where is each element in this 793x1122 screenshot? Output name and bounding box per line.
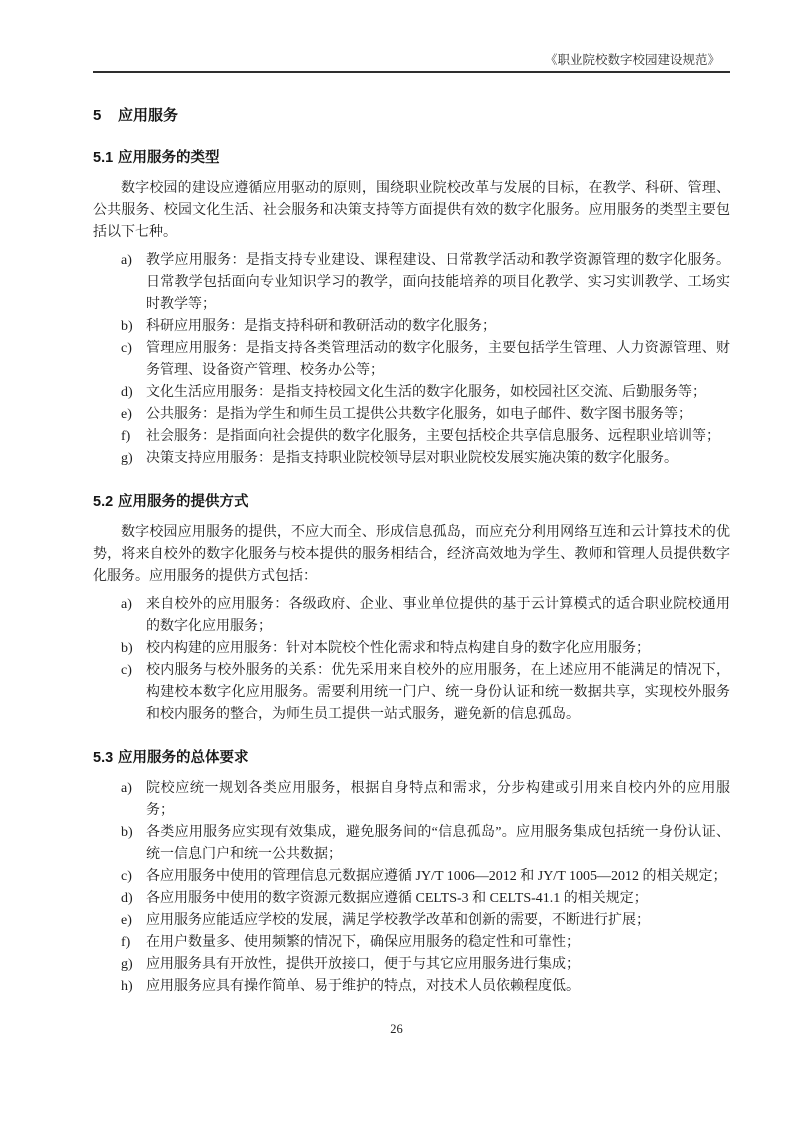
list-marker: c)	[121, 866, 146, 888]
page-content: 《职业院校数字校园建设规范》 5应用服务 5.1应用服务的类型 数字校园的建设应…	[93, 0, 730, 998]
list-item: e)公共服务：是指为学生和师生员工提供公共数字化服务，如电子邮件、数字图书服务等…	[121, 404, 730, 426]
list-item: h)应用服务应具有操作简单、易于维护的特点，对技术人员依赖程度低。	[121, 976, 730, 998]
section-title: 应用服务	[118, 107, 178, 124]
list-text: 各应用服务中使用的数字资源元数据应遵循 CELTS-3 和 CELTS-41.1…	[146, 888, 730, 910]
list-text: 管理应用服务：是指支持各类管理活动的数字化服务，主要包括学生管理、人力资源管理、…	[146, 338, 730, 382]
subsection-title: 应用服务的提供方式	[118, 494, 249, 510]
list-text: 各类应用服务应实现有效集成，避免服务间的“信息孤岛”。应用服务集成包括统一身份认…	[146, 822, 730, 866]
list-item: c)各应用服务中使用的管理信息元数据应遵循 JY/T 1006—2012 和 J…	[121, 866, 730, 888]
running-header: 《职业院校数字校园建设规范》	[93, 52, 730, 68]
list-text: 社会服务：是指面向社会提供的数字化服务，主要包括校企共享信息服务、远程职业培训等…	[146, 426, 730, 448]
list-marker: g)	[121, 448, 146, 470]
header-rule	[93, 71, 730, 73]
ordered-list-5-2: a)来自校外的应用服务：各级政府、企业、事业单位提供的基于云计算模式的适合职业院…	[93, 594, 730, 726]
list-item: a)院校应统一规划各类应用服务，根据自身特点和需求，分步构建或引用来自校内外的应…	[121, 778, 730, 822]
list-item: e)应用服务应能适应学校的发展，满足学校教学改革和创新的需要，不断进行扩展；	[121, 910, 730, 932]
subsection-title: 应用服务的总体要求	[118, 750, 249, 766]
list-text: 决策支持应用服务：是指支持职业院校领导层对职业院校发展实施决策的数字化服务。	[146, 448, 730, 470]
list-marker: b)	[121, 638, 146, 660]
list-marker: f)	[121, 932, 146, 954]
list-marker: b)	[121, 316, 146, 338]
section-number: 5	[93, 106, 118, 126]
subsection-heading-5-2: 5.2应用服务的提供方式	[93, 492, 730, 512]
list-text: 校内构建的应用服务：针对本院校个性化需求和特点构建自身的数字化应用服务；	[146, 638, 730, 660]
paragraph: 数字校园应用服务的提供，不应大而全、形成信息孤岛，而应充分利用网络互连和云计算技…	[93, 522, 730, 588]
list-item: f)在用户数量多、使用频繁的情况下，确保应用服务的稳定性和可靠性；	[121, 932, 730, 954]
list-item: b)各类应用服务应实现有效集成，避免服务间的“信息孤岛”。应用服务集成包括统一身…	[121, 822, 730, 866]
list-marker: d)	[121, 888, 146, 910]
list-text: 院校应统一规划各类应用服务，根据自身特点和需求，分步构建或引用来自校内外的应用服…	[146, 778, 730, 822]
page-number: 26	[390, 1022, 403, 1036]
list-item: b)校内构建的应用服务：针对本院校个性化需求和特点构建自身的数字化应用服务；	[121, 638, 730, 660]
list-marker: a)	[121, 250, 146, 316]
list-item: g)应用服务具有开放性，提供开放接口，便于与其它应用服务进行集成；	[121, 954, 730, 976]
list-item: b)科研应用服务：是指支持科研和教研活动的数字化服务；	[121, 316, 730, 338]
paragraph: 数字校园的建设应遵循应用驱动的原则，围绕职业院校改革与发展的目标，在教学、科研、…	[93, 178, 730, 244]
list-text: 文化生活应用服务：是指支持校园文化生活的数字化服务，如校园社区交流、后勤服务等；	[146, 382, 730, 404]
list-item: f)社会服务：是指面向社会提供的数字化服务，主要包括校企共享信息服务、远程职业培…	[121, 426, 730, 448]
list-marker: c)	[121, 338, 146, 382]
subsection-number: 5.3	[93, 748, 118, 768]
page-footer: 26	[0, 1022, 793, 1037]
list-text: 来自校外的应用服务：各级政府、企业、事业单位提供的基于云计算模式的适合职业院校通…	[146, 594, 730, 638]
list-text: 科研应用服务：是指支持科研和教研活动的数字化服务；	[146, 316, 730, 338]
section-heading-5: 5应用服务	[93, 106, 730, 126]
list-marker: b)	[121, 822, 146, 866]
list-item: g)决策支持应用服务：是指支持职业院校领导层对职业院校发展实施决策的数字化服务。	[121, 448, 730, 470]
subsection-title: 应用服务的类型	[118, 150, 220, 166]
list-item: d)文化生活应用服务：是指支持校园文化生活的数字化服务，如校园社区交流、后勤服务…	[121, 382, 730, 404]
list-marker: g)	[121, 954, 146, 976]
list-marker: h)	[121, 976, 146, 998]
list-text: 校内服务与校外服务的关系：优先采用来自校外的应用服务，在上述应用不能满足的情况下…	[146, 660, 730, 726]
list-marker: e)	[121, 404, 146, 426]
list-marker: e)	[121, 910, 146, 932]
list-text: 教学应用服务：是指支持专业建设、课程建设、日常教学活动和教学资源管理的数字化服务…	[146, 250, 730, 316]
list-item: a)来自校外的应用服务：各级政府、企业、事业单位提供的基于云计算模式的适合职业院…	[121, 594, 730, 638]
ordered-list-5-3: a)院校应统一规划各类应用服务，根据自身特点和需求，分步构建或引用来自校内外的应…	[93, 778, 730, 998]
list-text: 应用服务应能适应学校的发展，满足学校教学改革和创新的需要，不断进行扩展；	[146, 910, 730, 932]
subsection-5-1: 5.1应用服务的类型 数字校园的建设应遵循应用驱动的原则，围绕职业院校改革与发展…	[93, 148, 730, 470]
list-text: 应用服务具有开放性，提供开放接口，便于与其它应用服务进行集成；	[146, 954, 730, 976]
list-marker: a)	[121, 778, 146, 822]
list-marker: c)	[121, 660, 146, 726]
subsection-number: 5.2	[93, 492, 118, 512]
list-marker: a)	[121, 594, 146, 638]
list-text: 公共服务：是指为学生和师生员工提供公共数字化服务，如电子邮件、数字图书服务等；	[146, 404, 730, 426]
subsection-5-3: 5.3应用服务的总体要求 a)院校应统一规划各类应用服务，根据自身特点和需求，分…	[93, 748, 730, 998]
list-marker: f)	[121, 426, 146, 448]
list-item: d)各应用服务中使用的数字资源元数据应遵循 CELTS-3 和 CELTS-41…	[121, 888, 730, 910]
list-text: 在用户数量多、使用频繁的情况下，确保应用服务的稳定性和可靠性；	[146, 932, 730, 954]
list-item: c)校内服务与校外服务的关系：优先采用来自校外的应用服务，在上述应用不能满足的情…	[121, 660, 730, 726]
list-marker: d)	[121, 382, 146, 404]
list-text: 各应用服务中使用的管理信息元数据应遵循 JY/T 1006—2012 和 JY/…	[146, 866, 730, 888]
running-header-title: 《职业院校数字校园建设规范》	[545, 53, 720, 67]
subsection-number: 5.1	[93, 148, 118, 168]
subsection-heading-5-3: 5.3应用服务的总体要求	[93, 748, 730, 768]
ordered-list-5-1: a)教学应用服务：是指支持专业建设、课程建设、日常教学活动和教学资源管理的数字化…	[93, 250, 730, 470]
list-item: c)管理应用服务：是指支持各类管理活动的数字化服务，主要包括学生管理、人力资源管…	[121, 338, 730, 382]
subsection-5-2: 5.2应用服务的提供方式 数字校园应用服务的提供，不应大而全、形成信息孤岛，而应…	[93, 492, 730, 726]
list-item: a)教学应用服务：是指支持专业建设、课程建设、日常教学活动和教学资源管理的数字化…	[121, 250, 730, 316]
document-page: 《职业院校数字校园建设规范》 5应用服务 5.1应用服务的类型 数字校园的建设应…	[0, 0, 793, 1122]
list-text: 应用服务应具有操作简单、易于维护的特点，对技术人员依赖程度低。	[146, 976, 730, 998]
subsection-heading-5-1: 5.1应用服务的类型	[93, 148, 730, 168]
